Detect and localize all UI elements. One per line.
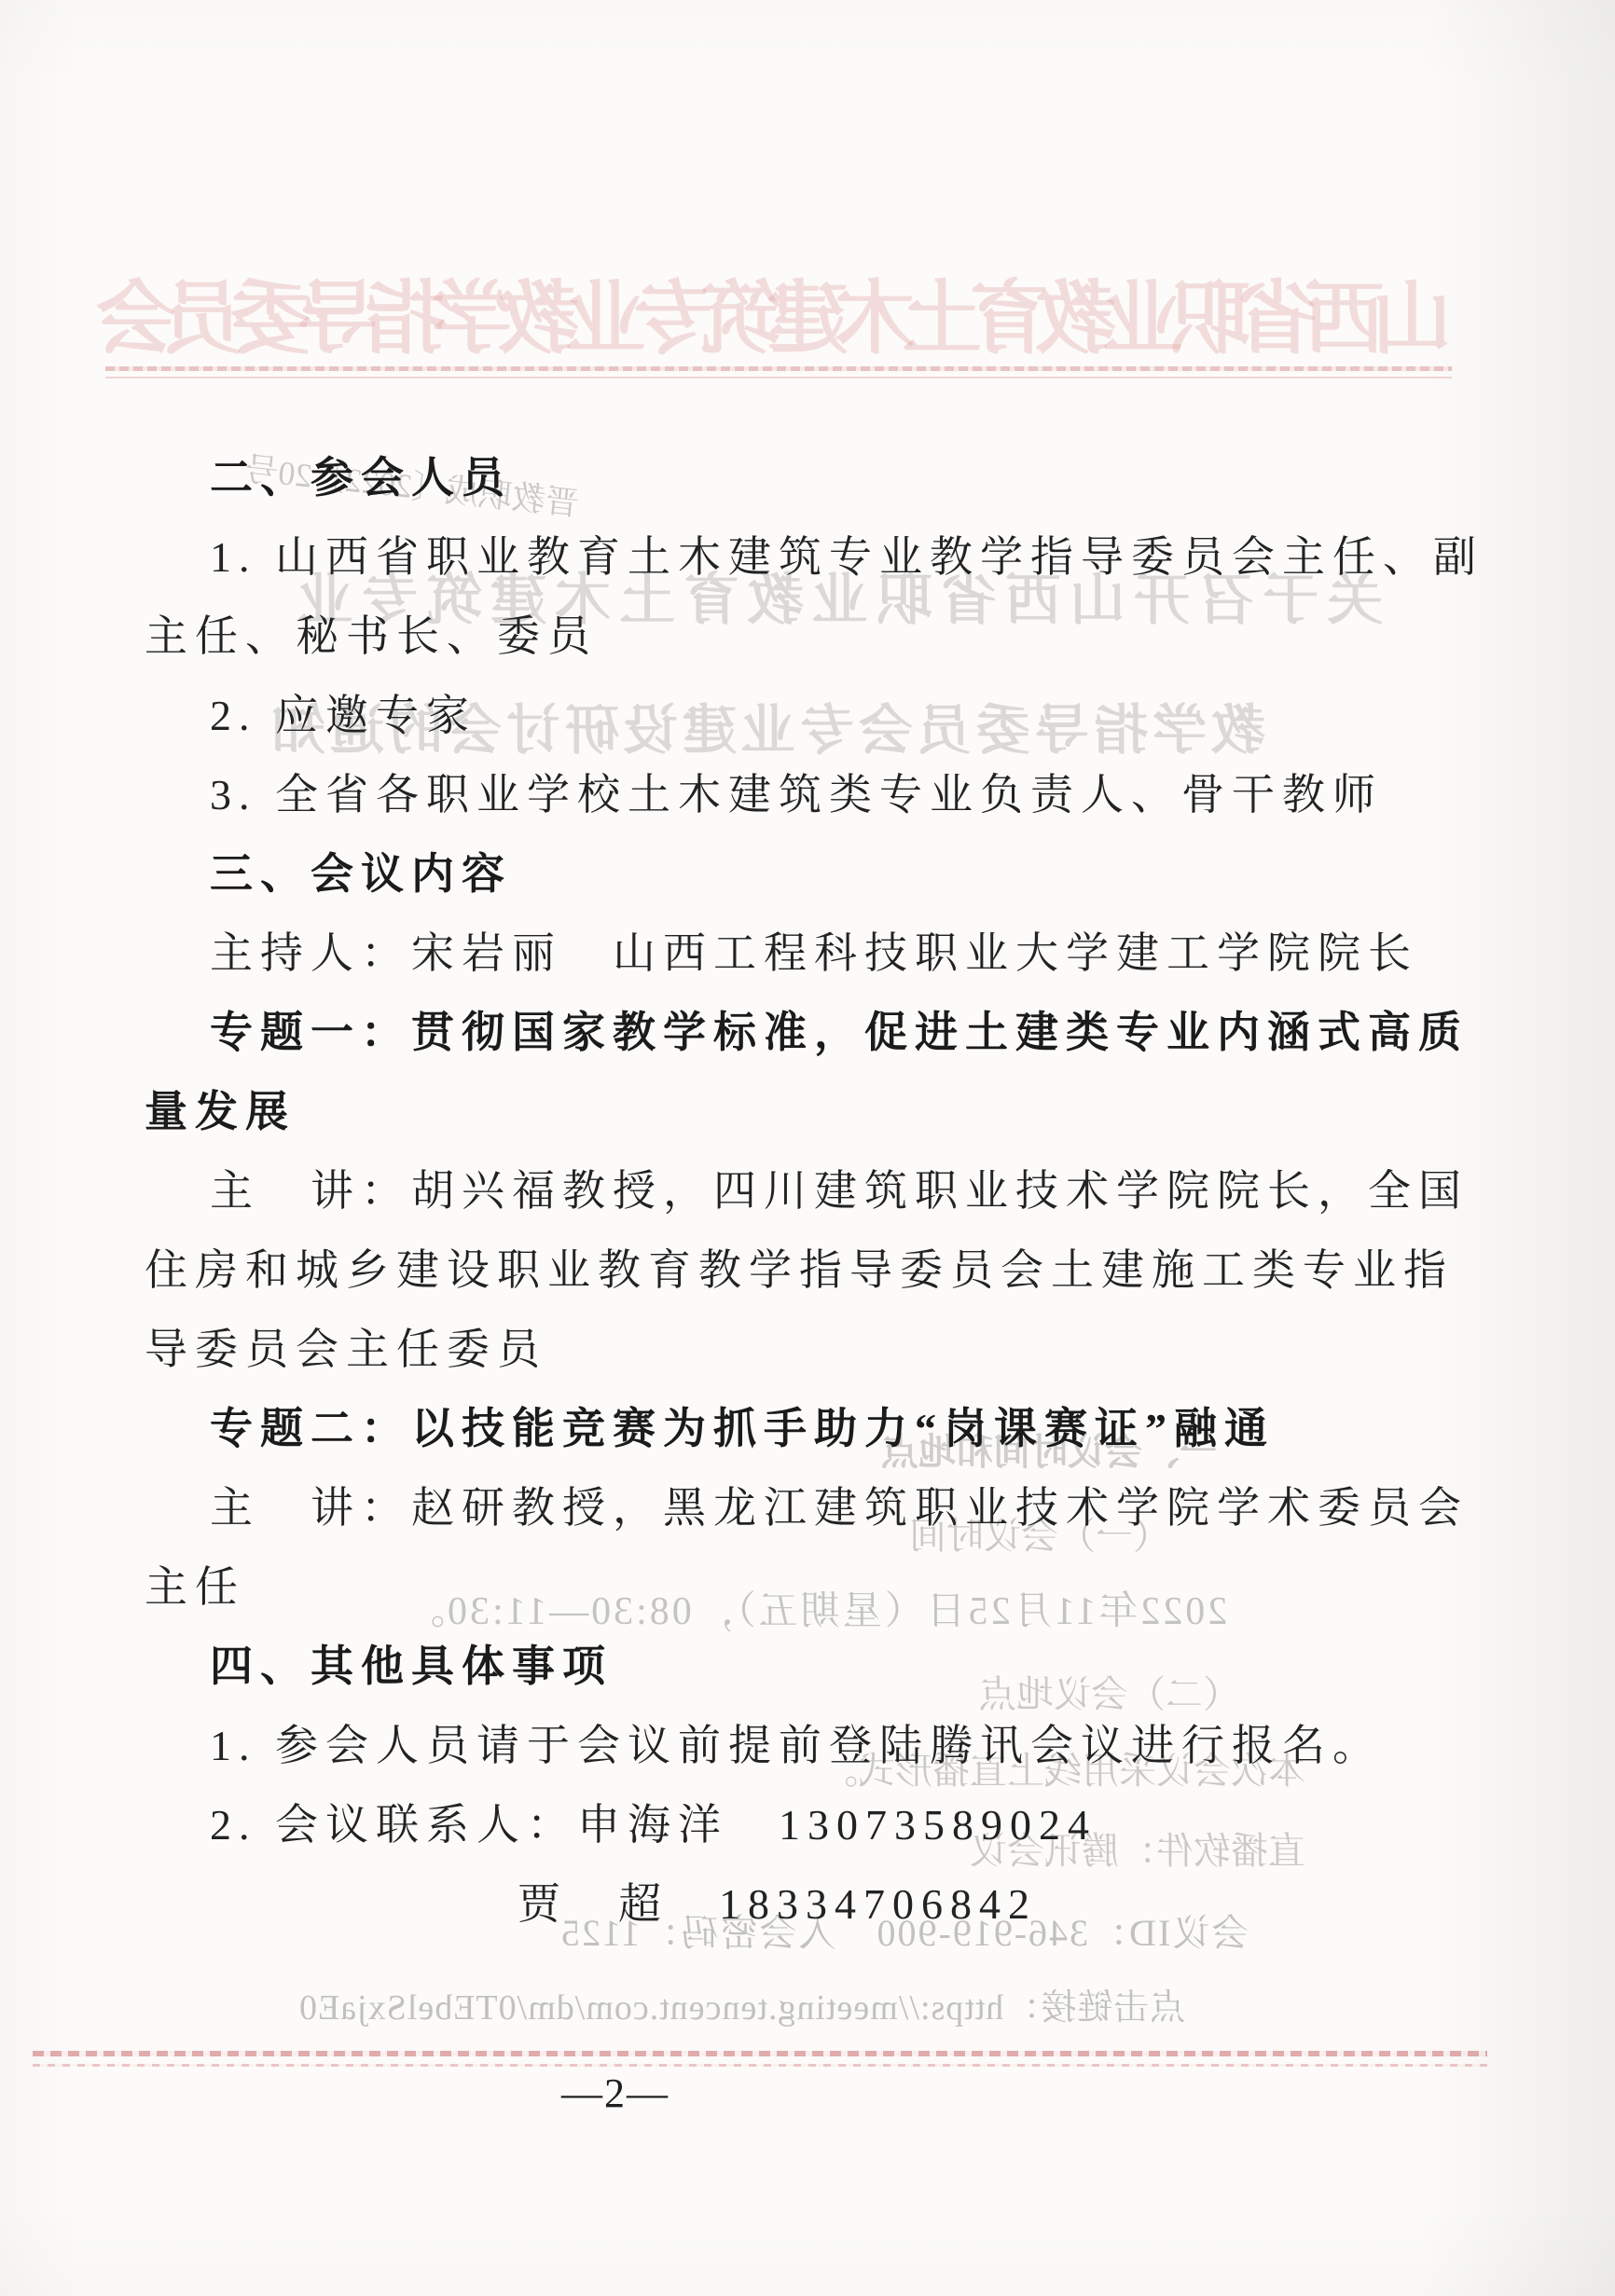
topic-2-speaker-line-1: 主 讲：赵研教授，黑龙江建筑职业技术学院学术委员会 xyxy=(145,1468,1478,1547)
document-body: 二、参会人员 1. 山西省职业教育土木建筑专业教学指导委员会主任、副 主任、秘书… xyxy=(145,438,1478,1944)
participants-item-3: 3. 全省各职业学校土木建筑类专业负责人、骨干教师 xyxy=(145,755,1478,834)
topic-1-title-line-1: 专题一：贯彻国家教学标准，促进土建类专业内涵式高质 xyxy=(145,993,1478,1072)
topic-1-speaker-line-1: 主 讲：胡兴福教授，四川建筑职业技术学院院长，全国 xyxy=(145,1151,1478,1230)
contact-line-1: 2. 会议联系人：申海洋 13073589024 xyxy=(145,1785,1478,1864)
section-heading-participants: 二、参会人员 xyxy=(145,438,1478,517)
page-number: —2— xyxy=(494,2069,737,2117)
topic-2-speaker-line-2: 主任 xyxy=(145,1547,1478,1627)
scanned-document-page: 山西省职业教育土木建筑专业教学指导委员会 晋教职成〔2022〕20号 关于召开山… xyxy=(0,0,1615,2296)
other-matters-item-1: 1. 参会人员请于会议前提前登陆腾讯会议进行报名。 xyxy=(145,1706,1478,1785)
bleedthrough-red-dashed-rule-1 xyxy=(33,2051,1487,2056)
topic-1-title-line-2: 量发展 xyxy=(145,1072,1478,1151)
host-line: 主持人：宋岩丽 山西工程科技职业大学建工学院院长 xyxy=(145,914,1478,993)
participants-item-2: 2. 应邀专家 xyxy=(145,676,1478,755)
contact-line-2: 贾 超 18334706842 xyxy=(145,1864,1478,1944)
participants-item-1-line-2: 主任、秘书长、委员 xyxy=(145,597,1478,676)
bleedthrough-red-rule-top xyxy=(105,366,1452,371)
section-heading-other-matters: 四、其他具体事项 xyxy=(145,1627,1478,1706)
participants-item-1-line-1: 1. 山西省职业教育土木建筑专业教学指导委员会主任、副 xyxy=(145,517,1478,597)
bleedthrough-red-title: 山西省职业教育土木建筑专业教学指导委员会 xyxy=(107,254,1454,369)
topic-1-speaker-line-3: 导委员会主任委员 xyxy=(145,1310,1478,1389)
topic-1-speaker-line-2: 住房和城乡建设职业教育教学指导委员会土建施工类专业指 xyxy=(145,1230,1478,1310)
topic-2-title: 专题二：以技能竞赛为抓手助力“岗课赛证”融通 xyxy=(145,1389,1478,1468)
bleedthrough-red-rule-bottom xyxy=(105,377,1452,378)
bleedthrough-meeting-link: 点击链接：https://meeting.tencent.com/dm/0TEb… xyxy=(298,1978,1185,2029)
bleedthrough-red-dashed-rule-2 xyxy=(33,2064,1487,2067)
section-heading-meeting-content: 三、会议内容 xyxy=(145,834,1478,914)
